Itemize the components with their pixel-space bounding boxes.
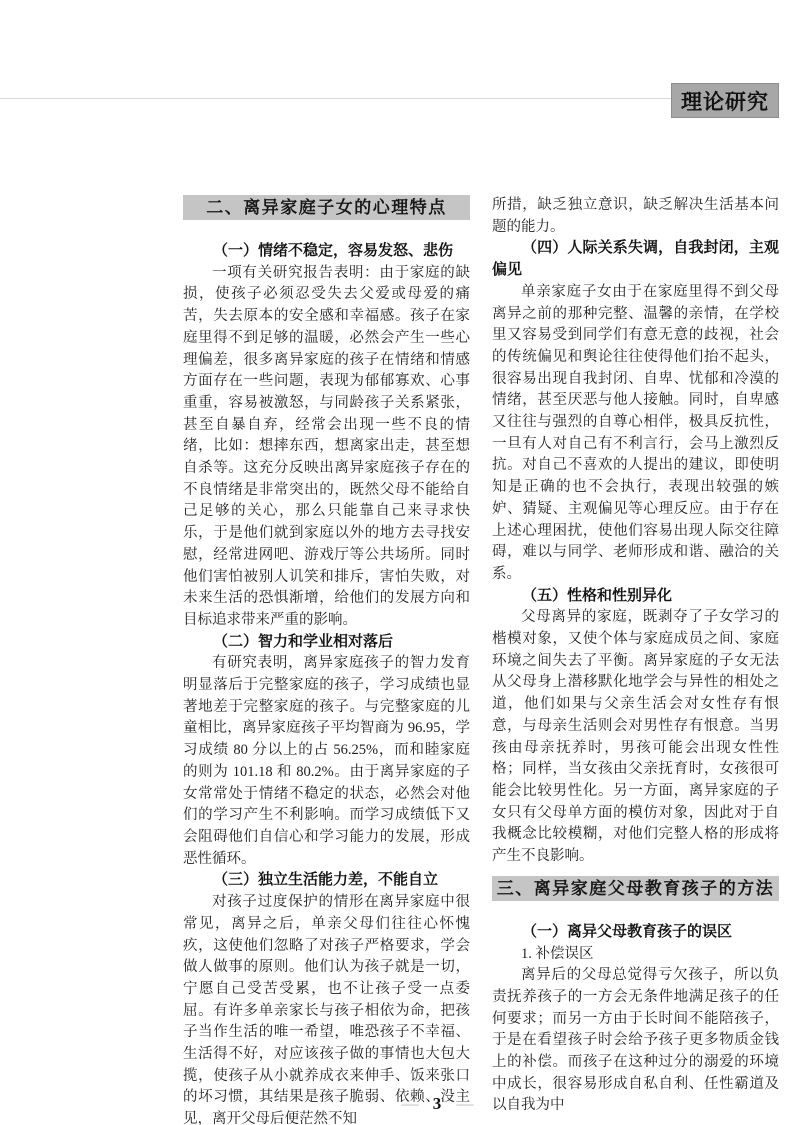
- body-paragraph-continued: 所措，缺乏独立意识，缺乏解决生活基本问题的能力。: [492, 195, 779, 238]
- footer-dash-right: —: [457, 1094, 473, 1113]
- content-area: 二、离异家庭子女的心理特点（一）情绪不稳定，容易发怒、悲伤一项有关研究报告表明：…: [183, 195, 779, 1125]
- document-page: 理论研究 二、离异家庭子女的心理特点（一）情绪不稳定，容易发怒、悲伤一项有关研究…: [0, 0, 800, 1125]
- header-badge-label: 理论研究: [681, 86, 769, 116]
- numbered-subheading: 1. 补偿误区: [492, 944, 779, 966]
- subsection-heading: （四）人际关系失调，自我封闭，主观偏见: [492, 238, 779, 281]
- subsection-heading: （一）情绪不稳定，容易发怒、悲伤: [183, 241, 470, 263]
- left-column: 二、离异家庭子女的心理特点（一）情绪不稳定，容易发怒、悲伤一项有关研究报告表明：…: [183, 195, 470, 1125]
- section-heading: 三、离异家庭父母教育孩子的方法: [492, 876, 779, 901]
- subsection-heading: （五）性格和性别异化: [492, 586, 779, 608]
- body-paragraph: 离异后的父母总觉得亏欠孩子，所以负责抚养孩子的一方会无条件地满足孩子的任何要求；…: [492, 965, 779, 1117]
- header-rule: [0, 98, 671, 99]
- body-paragraph: 一项有关研究报告表明：由于家庭的缺损，使孩子必须忍受失去父爱或母爱的痛苦，失去原…: [183, 263, 470, 632]
- header-badge: 理论研究: [671, 83, 779, 118]
- subsection-heading: （二）智力和学业相对落后: [183, 632, 470, 654]
- section-heading: 二、离异家庭子女的心理特点: [183, 195, 470, 220]
- footer-dash-left: —: [402, 1094, 418, 1113]
- page-footer: — 3 —: [377, 1094, 497, 1114]
- body-paragraph: 父母离异的家庭，既剥夺了子女学习的楷模对象，又使个体与家庭成员之间、家庭环境之间…: [492, 607, 779, 867]
- page-number: 3: [433, 1094, 442, 1113]
- right-column: 所措，缺乏独立意识，缺乏解决生活基本问题的能力。（四）人际关系失调，自我封闭，主…: [492, 195, 779, 1125]
- subsection-heading: （三）独立生活能力差，不能自立: [183, 870, 470, 892]
- body-paragraph: 对孩子过度保护的情形在离异家庭中很常见，离异之后，单亲父母们往往心怀愧疚，这使他…: [183, 892, 470, 1125]
- subsection-heading: （一）离异父母教育孩子的误区: [492, 922, 779, 944]
- body-paragraph: 单亲家庭子女由于在家庭里得不到父母离异之前的那种完整、温馨的亲情，在学校里又容易…: [492, 282, 779, 586]
- body-paragraph: 有研究表明，离异家庭孩子的智力发育明显落后于完整家庭的孩子，学习成绩也显著地差于…: [183, 653, 470, 870]
